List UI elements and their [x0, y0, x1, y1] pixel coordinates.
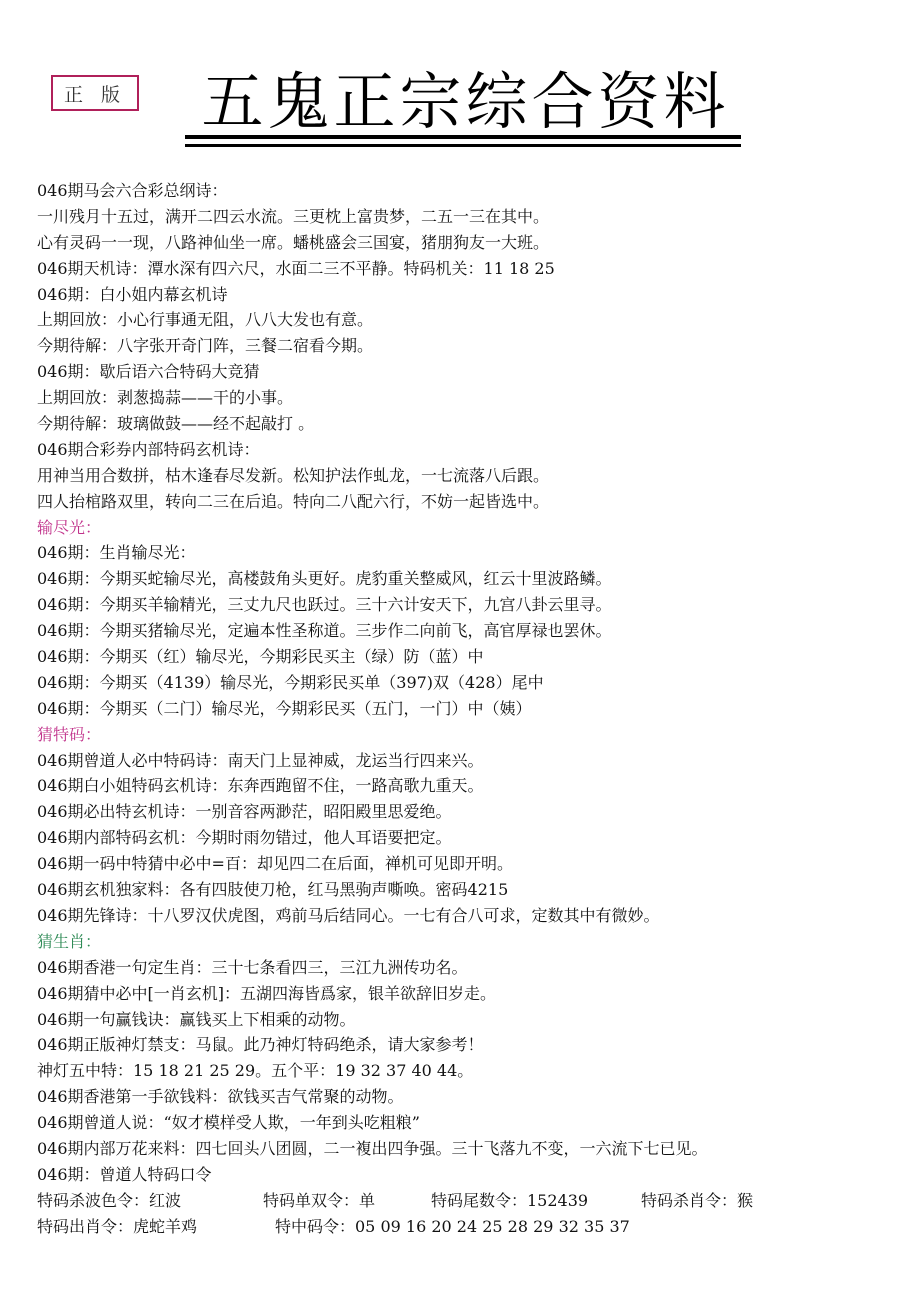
command-row-2: 特码出肖令：虎蛇羊鸡特中码令：05 09 16 20 24 25 28 29 3…	[37, 1214, 887, 1240]
text-line: 上期回放：剥葱捣蒜——干的小事。	[37, 385, 887, 411]
text-line: 神灯五中特：15 18 21 25 29。五个平：19 32 37 40 44。	[37, 1058, 887, 1084]
text-line: 046期一码中特猜中必中=百：却见四二在后面，禅机可见即开明。	[37, 851, 887, 877]
title-underline-thick	[185, 135, 741, 139]
text-line: 046期玄机独家料：各有四肢使刀枪，红马黑驹声嘶唤。密码4215	[37, 877, 887, 903]
text-line: 046期内部特码玄机：今期时雨勿错过，他人耳语要把定。	[37, 825, 887, 851]
text-line: 046期猜中必中[一肖玄机]：五湖四海皆爲家，银羊欲辞旧岁走。	[37, 981, 887, 1007]
text-line: 046期必出特玄机诗：一别音容两渺茫，昭阳殿里思爱绝。	[37, 799, 887, 825]
section-heading: 输尽光：	[37, 515, 887, 541]
genuine-badge: 正 版	[51, 75, 139, 111]
command-item: 特码杀波色令：红波	[37, 1188, 263, 1214]
command-row-1: 特码杀波色令：红波特码单双令：单特码尾数令：152439特码杀肖令：猴	[37, 1188, 887, 1214]
text-line: 046期：今期买蛇输尽光，高楼鼓角头更好。虎豹重关整威风，红云十里波路鳞。	[37, 566, 887, 592]
page-title: 五鬼正宗综合资料	[188, 62, 743, 142]
text-line: 046期：今期买羊输精光，三丈九尺也跃过。三十六计安天下，九宫八卦云里寻。	[37, 592, 887, 618]
document-body: 046期马会六合彩总纲诗：一川残月十五过，满开二四云水流。三更枕上富贵梦，二五一…	[37, 178, 887, 1240]
text-line: 今期待解：玻璃做鼓——经不起敲打 。	[37, 411, 887, 437]
text-line: 四人抬棺路双里，转向二三在后追。特向二八配六行，不妨一起皆选中。	[37, 489, 887, 515]
text-line: 046期：生肖输尽光：	[37, 540, 887, 566]
title-underline-thin	[185, 144, 741, 147]
text-line: 046期曾道人说：“奴才模样受人欺，一年到头吃粗粮”	[37, 1110, 887, 1136]
text-line: 046期白小姐特码玄机诗：东奔西跑留不住，一路高歌九重天。	[37, 773, 887, 799]
command-item: 特码杀肖令：猴	[641, 1188, 821, 1214]
text-line: 046期天机诗：潭水深有四六尺，水面二三不平静。特码机关：11 18 25	[37, 256, 887, 282]
command-item: 特码单双令：单	[263, 1188, 431, 1214]
text-line: 046期内部万花来料：四七回头八团圆，二一複出四争强。三十飞落九不变，一六流下七…	[37, 1136, 887, 1162]
text-line: 今期待解：八字张开奇门阵，三餐二宿看今期。	[37, 333, 887, 359]
text-lines: 046期马会六合彩总纲诗：一川残月十五过，满开二四云水流。三更枕上富贵梦，二五一…	[37, 178, 887, 1188]
text-line: 一川残月十五过，满开二四云水流。三更枕上富贵梦，二五一三在其中。	[37, 204, 887, 230]
text-line: 046期：曾道人特码口令	[37, 1162, 887, 1188]
text-line: 046期正版神灯禁支：马鼠。此乃神灯特码绝杀，请大家参考！	[37, 1032, 887, 1058]
command-item: 特中码令：05 09 16 20 24 25 28 29 32 35 37	[275, 1214, 755, 1240]
command-item: 特码出肖令：虎蛇羊鸡	[37, 1214, 275, 1240]
text-line: 046期香港第一手欲钱料：欲钱买吉气常聚的动物。	[37, 1084, 887, 1110]
text-line: 用神当用合数拼，枯木逢春尽发新。松知护法作虬龙，一七流落八后跟。	[37, 463, 887, 489]
text-line: 046期一句赢钱诀：赢钱买上下相乘的动物。	[37, 1007, 887, 1033]
text-line: 046期香港一句定生肖：三十七条看四三，三江九洲传功名。	[37, 955, 887, 981]
text-line: 046期：白小姐内幕玄机诗	[37, 282, 887, 308]
text-line: 046期合彩券内部特码玄机诗：	[37, 437, 887, 463]
text-line: 046期：歇后语六合特码大竞猜	[37, 359, 887, 385]
text-line: 046期：今期买（红）输尽光，今期彩民买主（绿）防（蓝）中	[37, 644, 887, 670]
section-heading: 猜生肖：	[37, 929, 887, 955]
text-line: 046期曾道人必中特码诗：南天门上显神威，龙运当行四来兴。	[37, 748, 887, 774]
text-line: 046期马会六合彩总纲诗：	[37, 178, 887, 204]
section-heading: 猜特码：	[37, 722, 887, 748]
text-line: 046期：今期买（二门）输尽光，今期彩民买（五门，一门）中（姨）	[37, 696, 887, 722]
text-line: 心有灵码一一现，八路神仙坐一席。蟠桃盛会三国宴，猪朋狗友一大班。	[37, 230, 887, 256]
text-line: 上期回放：小心行事通无阻，八八大发也有意。	[37, 307, 887, 333]
text-line: 046期：今期买（4139）输尽光，今期彩民买单（397)双（428）尾中	[37, 670, 887, 696]
command-item: 特码尾数令：152439	[431, 1188, 641, 1214]
text-line: 046期：今期买猪输尽光，定遍本性圣称道。三步作二向前飞，高官厚禄也罢休。	[37, 618, 887, 644]
text-line: 046期先锋诗：十八罗汉伏虎图，鸡前马后结同心。一七有合八可求，定数其中有微妙。	[37, 903, 887, 929]
